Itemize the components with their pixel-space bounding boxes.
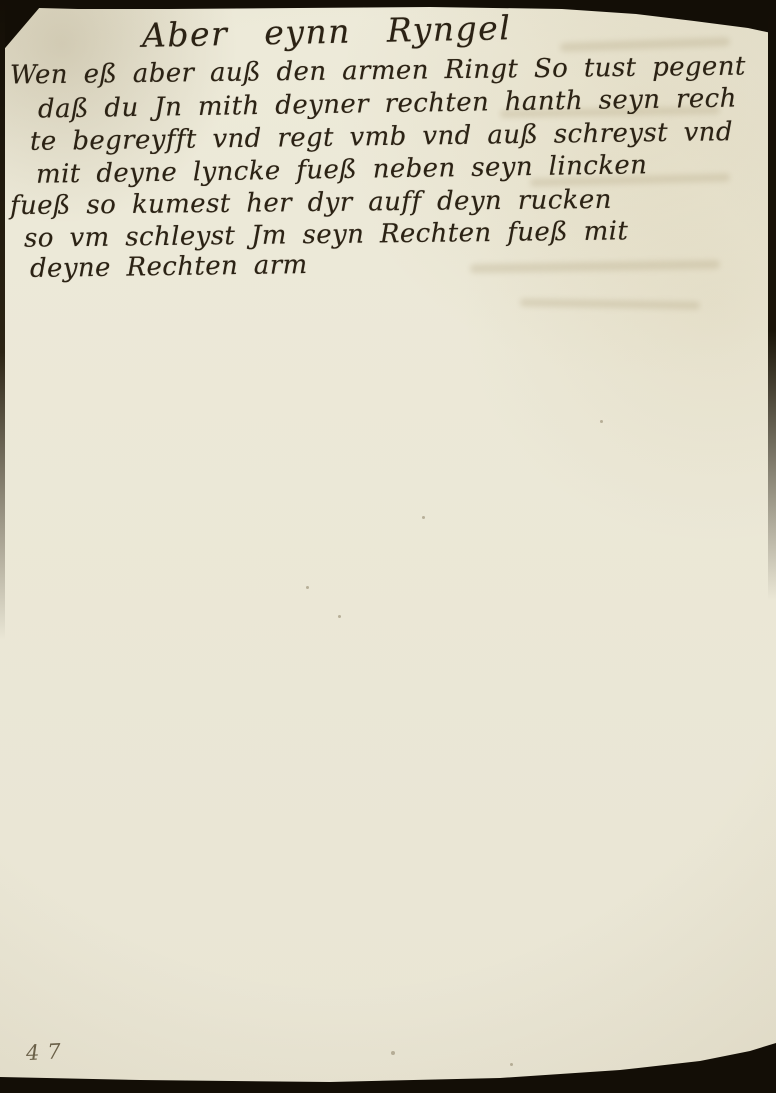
paper-speck: [510, 1063, 513, 1066]
manuscript-text-line: so vm schleyst Jm seyn Rechten fueß mit: [24, 216, 629, 253]
binding-edge-left: [0, 0, 5, 640]
bleed-through-mark: [560, 37, 730, 52]
bleed-through-mark: [470, 260, 720, 273]
bleed-through-mark: [520, 298, 700, 309]
binding-edge-bottom: [0, 1040, 776, 1093]
binding-edge-right: [768, 0, 776, 600]
paper-speck: [306, 586, 309, 589]
paper-speck: [338, 615, 341, 618]
paper-speck: [600, 420, 603, 423]
manuscript-text-line: deyne Rechten arm: [30, 250, 308, 284]
folio-page-number: 47: [25, 1039, 69, 1065]
section-heading: Aber eynn Ryngel: [142, 8, 512, 55]
paper-speck: [391, 1051, 395, 1055]
paper-speck: [422, 516, 425, 519]
manuscript-text-line: fueß so kumest her dyr auff deyn rucken: [10, 185, 612, 221]
binding-corner-top-left: [0, 0, 46, 54]
manuscript-page: Aber eynn Ryngel Wen eß aber auß den arm…: [0, 0, 776, 1093]
